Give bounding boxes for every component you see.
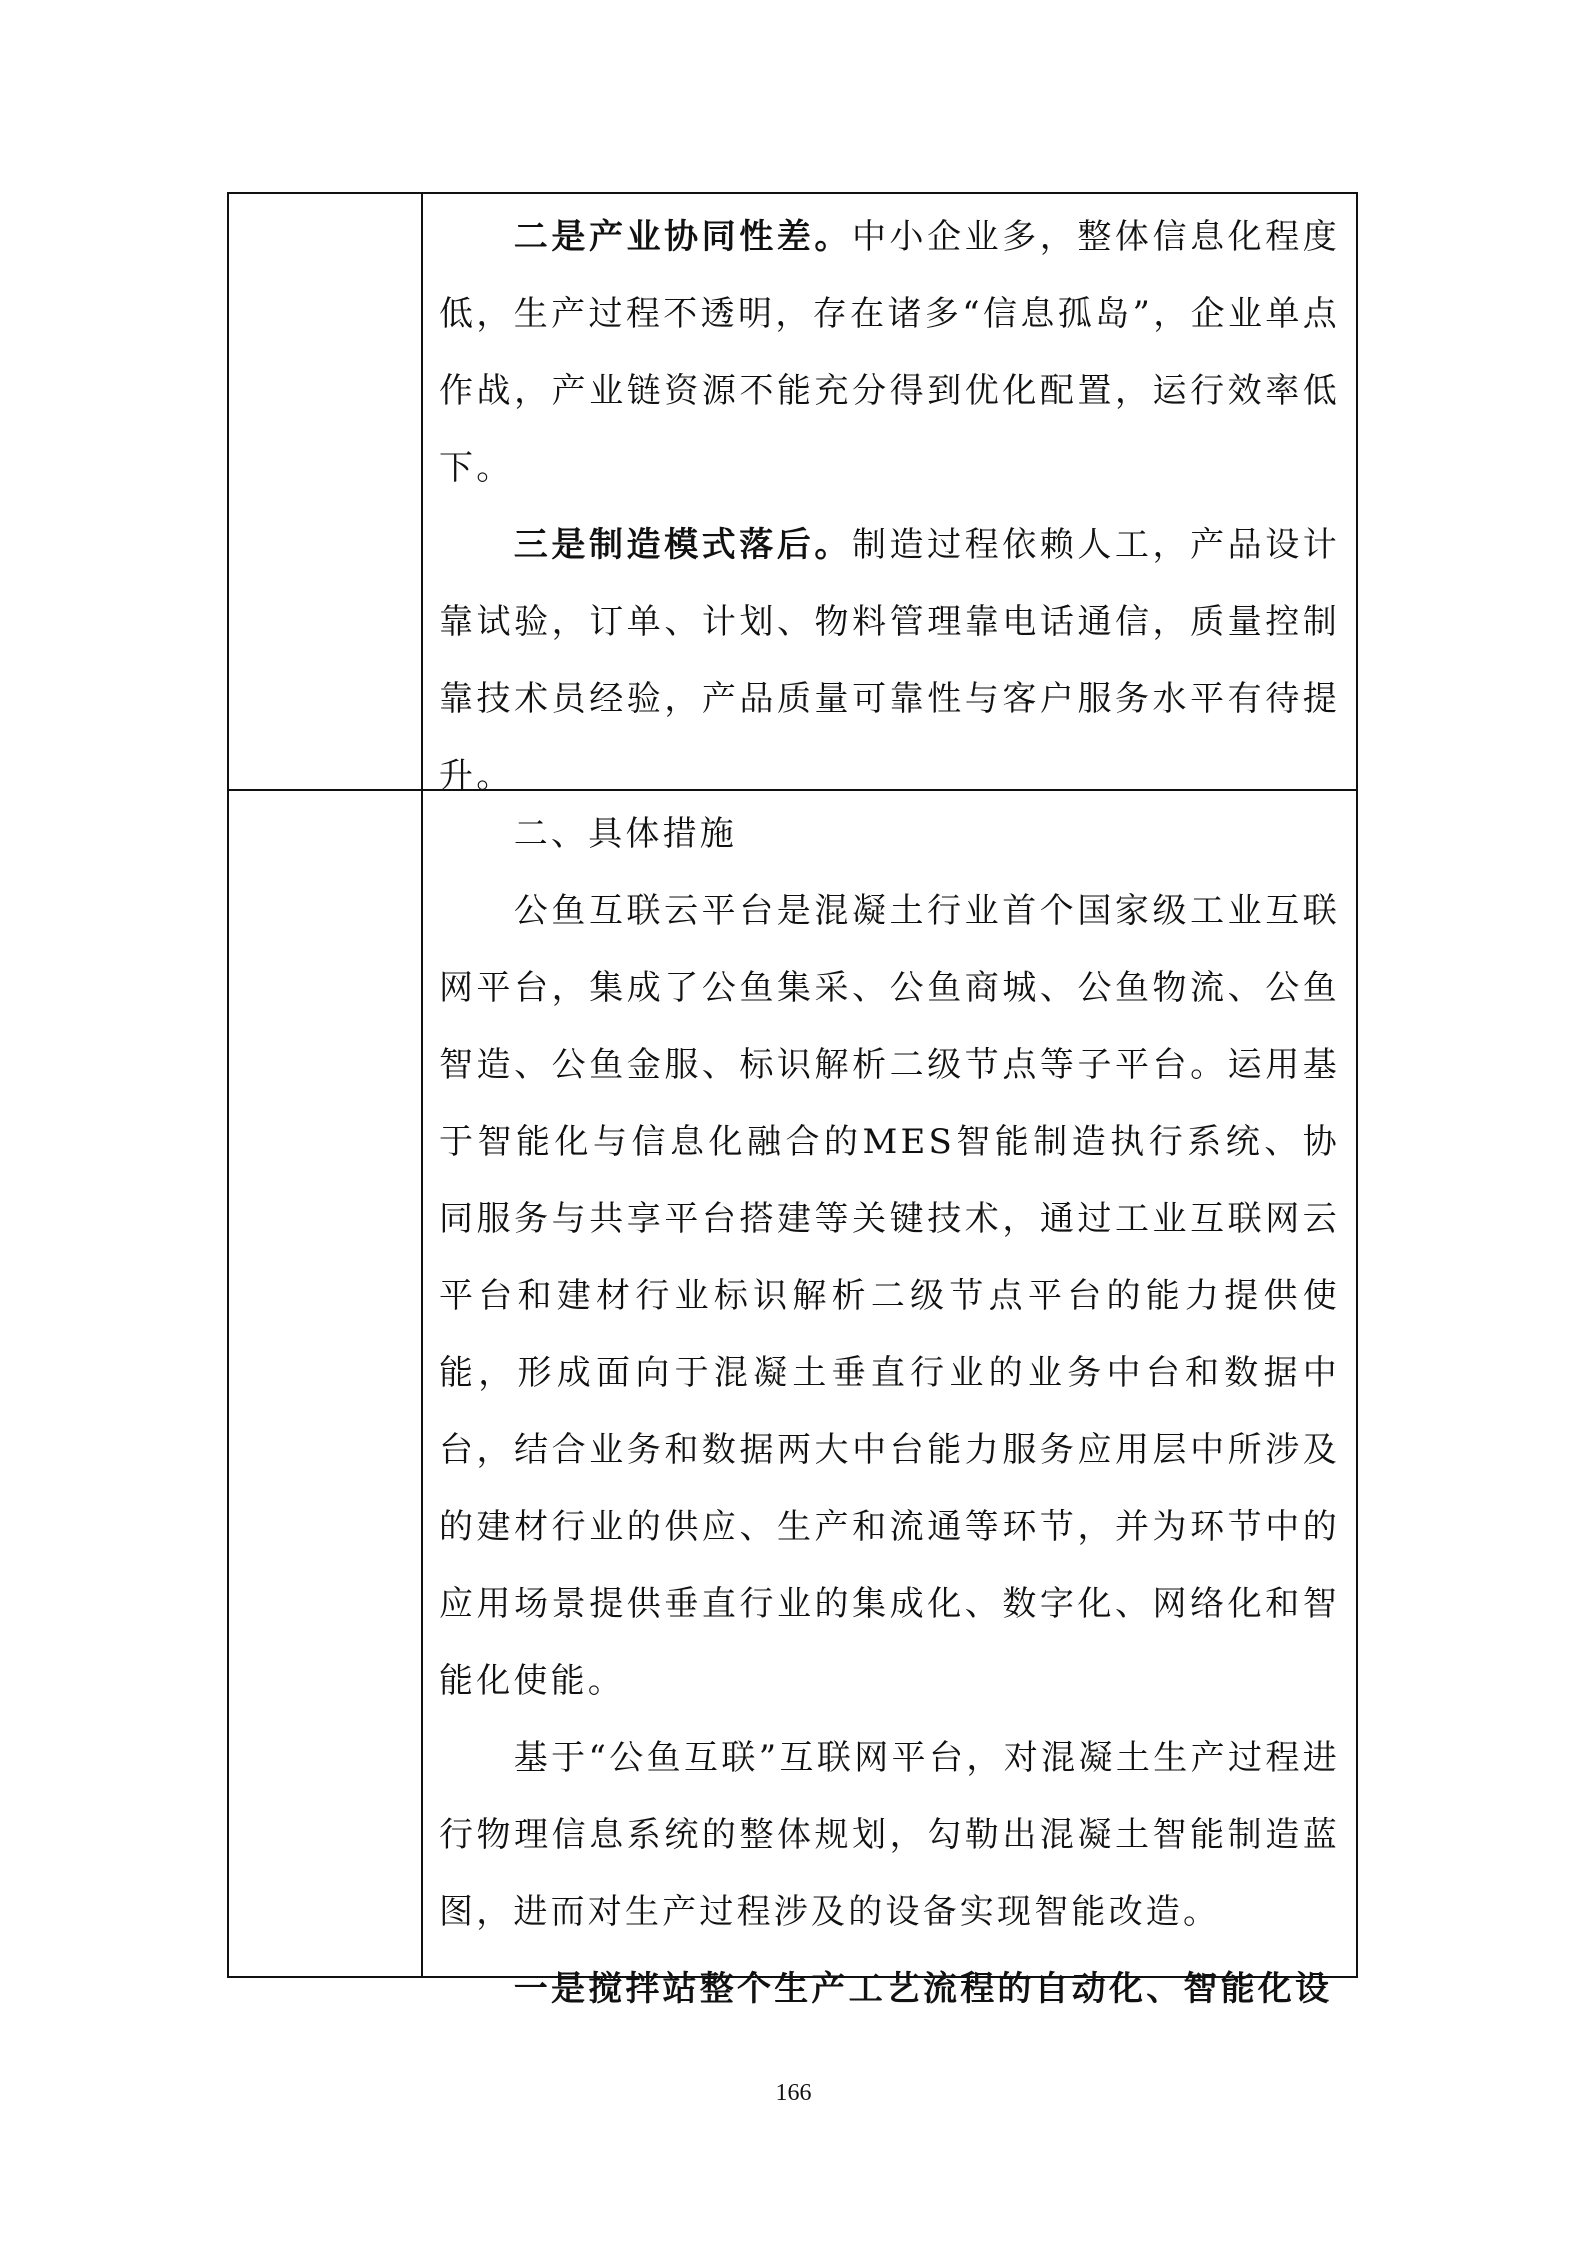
paragraph-mixing-station: 一是搅拌站整个生产工艺流程的自动化、智能化设 xyxy=(439,1951,1340,2028)
paragraph-lead: 二是产业协同性差。 xyxy=(514,217,852,257)
paragraph-lead: 三是制造模式落后。 xyxy=(514,525,852,565)
paragraph-lead: 一是搅拌站整个生产工艺流程的自动化、智能化设 xyxy=(514,1969,1332,2009)
page-number: 166 xyxy=(0,2080,1587,2107)
paragraph-industry-synergy: 二是产业协同性差。中小企业多，整体信息化程度低，生产过程不透明，存在诸多“信息孤… xyxy=(439,199,1340,507)
table-row: 二是产业协同性差。中小企业多，整体信息化程度低，生产过程不透明，存在诸多“信息孤… xyxy=(228,193,1357,790)
paragraph-text: 公鱼互联云平台是混凝土行业首个国家级工业互联网平台，集成了公鱼集采、公鱼商城、公… xyxy=(439,891,1340,1701)
paragraph-manufacturing-mode: 三是制造模式落后。制造过程依赖人工，产品设计靠试验，订单、计划、物料管理靠电话通… xyxy=(439,507,1340,815)
left-cell xyxy=(228,790,422,1977)
table-row: 二、具体措施 公鱼互联云平台是混凝土行业首个国家级工业互联网平台，集成了公鱼集采… xyxy=(228,790,1357,1977)
section-heading: 二、具体措施 xyxy=(439,796,1340,873)
right-cell: 二、具体措施 公鱼互联云平台是混凝土行业首个国家级工业互联网平台，集成了公鱼集采… xyxy=(422,790,1357,1977)
paragraph-cps-planning: 基于“公鱼互联”互联网平台，对混凝土生产过程进行物理信息系统的整体规划，勾勒出混… xyxy=(439,1720,1340,1951)
paragraph-platform-overview: 公鱼互联云平台是混凝土行业首个国家级工业互联网平台，集成了公鱼集采、公鱼商城、公… xyxy=(439,873,1340,1720)
paragraph-text: 基于“公鱼互联”互联网平台，对混凝土生产过程进行物理信息系统的整体规划，勾勒出混… xyxy=(439,1738,1340,1932)
content-table: 二是产业协同性差。中小企业多，整体信息化程度低，生产过程不透明，存在诸多“信息孤… xyxy=(227,192,1358,1978)
right-cell: 二是产业协同性差。中小企业多，整体信息化程度低，生产过程不透明，存在诸多“信息孤… xyxy=(422,193,1357,790)
paragraph-text: 制造过程依赖人工，产品设计靠试验，订单、计划、物料管理靠电话通信，质量控制靠技术… xyxy=(439,525,1340,796)
left-cell xyxy=(228,193,422,790)
paragraph-text: 中小企业多，整体信息化程度低，生产过程不透明，存在诸多“信息孤岛”，企业单点作战… xyxy=(439,217,1340,488)
